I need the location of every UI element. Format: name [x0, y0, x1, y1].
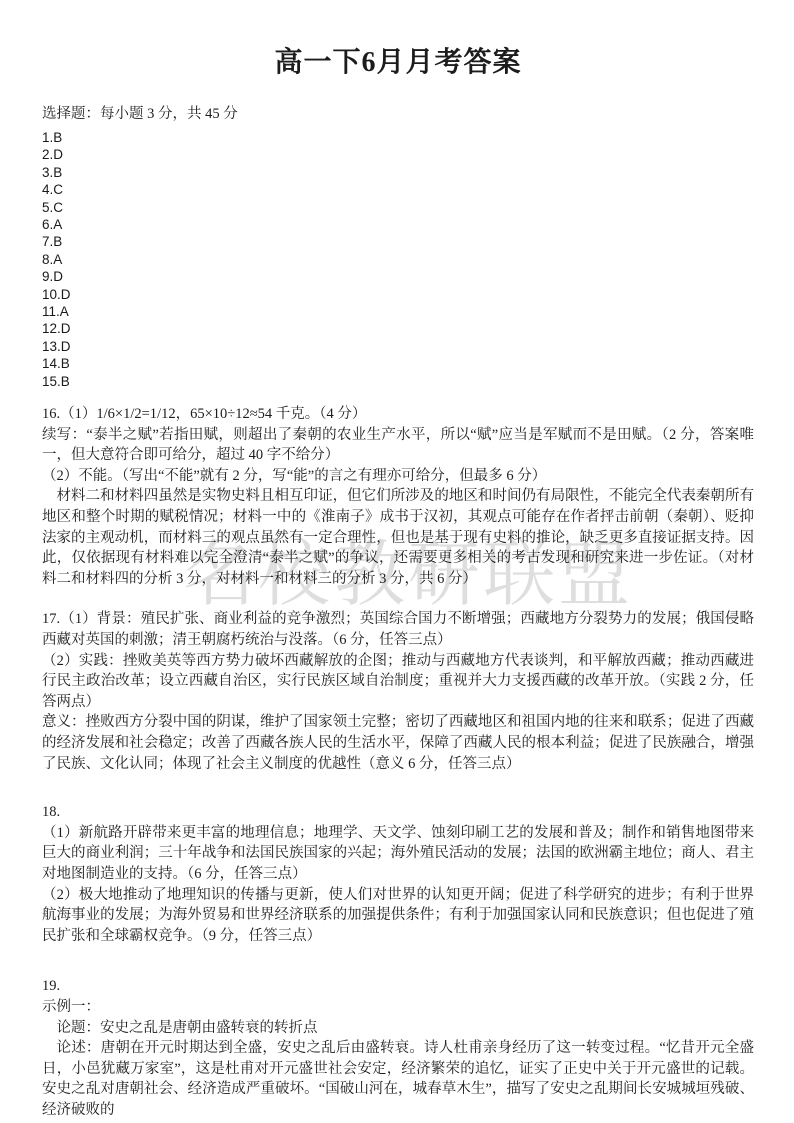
answer-item-15: 15.B [42, 373, 754, 390]
answer-item-10: 10.D [42, 286, 754, 303]
q18-number: 18. [42, 802, 754, 823]
question-18-answer: 18. （1）新航路开辟带来更丰富的地理信息；地理学、天文学、蚀刻印刷工艺的发展… [42, 802, 754, 946]
answer-item-13: 13.D [42, 338, 754, 355]
answer-item-12: 12.D [42, 320, 754, 337]
page-title: 高一下6月月考答案 [42, 44, 754, 82]
answer-item-4: 4.C [42, 181, 754, 198]
answer-item-2: 2.D [42, 146, 754, 163]
q16-continuation: 续写：“泰半之赋”若指田赋，则超出了秦朝的农业生产水平，所以“赋”应当是军赋而不… [42, 425, 754, 466]
answer-item-14: 14.B [42, 355, 754, 372]
answer-item-1: 1.B [42, 129, 754, 146]
q16-part1: 16.（1）1/6×1/2=1/12，65×10÷12≈54 千克。（4 分） [42, 404, 754, 425]
q18-part2: （2）极大地推动了地理知识的传播与更新，使人们对世界的认知更开阔；促进了科学研究… [42, 885, 754, 947]
answer-item-5: 5.C [42, 199, 754, 216]
question-17-answer: 17.（1）背景：殖民扩张、商业利益的竞争激烈；英国综合国力不断增强；西藏地方分… [42, 609, 754, 774]
q17-part1: 17.（1）背景：殖民扩张、商业利益的竞争激烈；英国综合国力不断增强；西藏地方分… [42, 609, 754, 650]
answer-item-6: 6.A [42, 216, 754, 233]
q16-part2: （2）不能。（写出“不能”就有 2 分，写“能”的言之有理亦可给分，但最多 6 … [42, 466, 754, 487]
question-16-answer: 16.（1）1/6×1/2=1/12，65×10÷12≈54 千克。（4 分） … [42, 404, 754, 589]
q17-significance: 意义：挫败西方分裂中国的阴谋，维护了国家领土完整；密切了西藏地区和祖国内地的往来… [42, 712, 754, 774]
q19-number: 19. [42, 976, 754, 997]
answer-item-9: 9.D [42, 268, 754, 285]
document-content: 高一下6月月考答案 选择题：每小题 3 分，共 45 分 1.B 2.D 3.B… [42, 44, 754, 1121]
q19-discussion: 论述：唐朝在开元时期达到全盛，安史之乱后由盛转衰。诗人杜甫亲身经历了这一转变过程… [42, 1038, 754, 1120]
q19-example-label: 示例一： [42, 997, 754, 1018]
q17-part2: （2）实践：挫败美英等西方势力破坏西藏解放的企图；推动与西藏地方代表谈判，和平解… [42, 651, 754, 713]
q16-analysis: 材料二和材料四虽然是实物史料且相互印证，但它们所涉及的地区和时间仍有局限性，不能… [42, 486, 754, 589]
q19-thesis: 论题：安史之乱是唐朝由盛转衰的转折点 [42, 1018, 754, 1039]
multiple-choice-answer-list: 1.B 2.D 3.B 4.C 5.C 6.A 7.B 8.A 9.D 10.D… [42, 129, 754, 390]
question-19-answer: 19. 示例一： 论题：安史之乱是唐朝由盛转衰的转折点 论述：唐朝在开元时期达到… [42, 976, 754, 1120]
answer-item-3: 3.B [42, 164, 754, 181]
answer-item-8: 8.A [42, 251, 754, 268]
multiple-choice-header: 选择题：每小题 3 分，共 45 分 [42, 104, 754, 124]
answer-item-11: 11.A [42, 303, 754, 320]
q18-part1: （1）新航路开辟带来更丰富的地理信息；地理学、天文学、蚀刻印刷工艺的发展和普及；… [42, 823, 754, 885]
exam-answer-page: 名校教研联盟 高一下6月月考答案 选择题：每小题 3 分，共 45 分 1.B … [0, 0, 794, 1123]
answer-item-7: 7.B [42, 233, 754, 250]
